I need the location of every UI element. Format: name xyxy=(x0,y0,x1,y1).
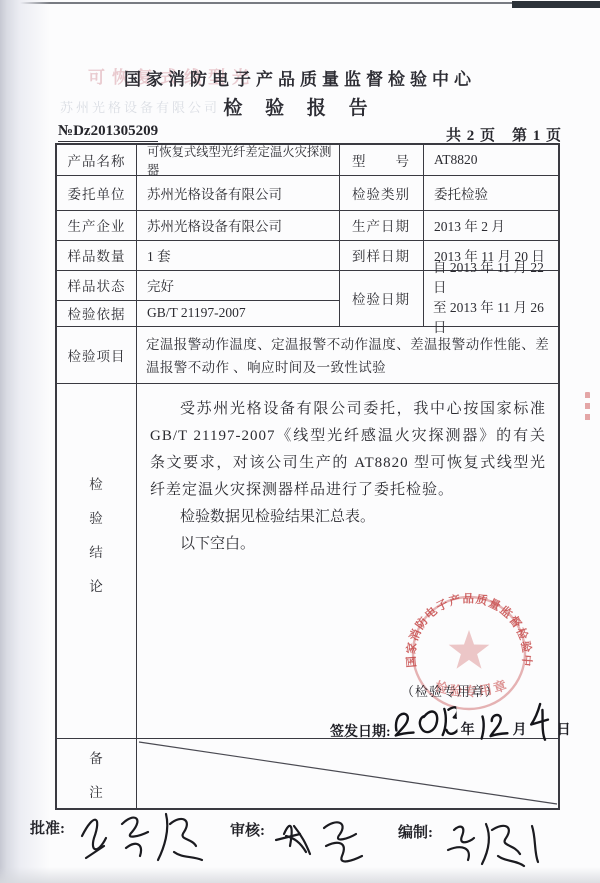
prepared-by-label: 编制: xyxy=(398,821,433,842)
label-conclusion: 检 验 结 论 xyxy=(57,357,136,711)
value-test-items: 定温报警动作温度、定温报警不动作温度、差温报警动作性能、差温报警不动作 、响应时… xyxy=(136,327,560,383)
approved-by-label: 批准: xyxy=(30,817,65,838)
scanned-inspection-report: 可恢复式线型光 苏州光格设备有限公司 国家消防电子产品质量监督检验中心 检 验 … xyxy=(0,0,600,883)
scan-edge-top xyxy=(0,2,600,4)
label-inspection-date: 检验日期 xyxy=(339,270,423,326)
issue-date-month-unit: 月 xyxy=(513,719,527,739)
label-sample-arrival-date: 到样日期 xyxy=(339,240,423,270)
conclusion-label-char: 检 xyxy=(89,473,104,493)
remark-label-char: 备 xyxy=(89,747,104,767)
red-edge-mark xyxy=(585,392,590,422)
value-manufacturer: 苏州光格设备有限公司 xyxy=(136,210,339,240)
label-production-date: 生产日期 xyxy=(339,210,423,240)
value-product-name: 可恢复式线型光纤差定温火灾探测器 xyxy=(136,145,339,175)
label-client: 委托单位 xyxy=(57,175,136,210)
remark-diagonal-line xyxy=(136,739,560,808)
handwritten-day xyxy=(528,700,554,741)
remark-cell xyxy=(136,739,560,808)
handwritten-month xyxy=(476,710,510,742)
approver-signature xyxy=(70,806,220,870)
report-title: 检 验 报 告 xyxy=(0,93,600,120)
reviewed-by-label: 审核: xyxy=(230,819,265,840)
label-manufacturer: 生产企业 xyxy=(57,210,136,240)
stamp-caption: （检验专用章） xyxy=(401,681,499,700)
value-client: 苏州光格设备有限公司 xyxy=(136,175,339,210)
value-inspection-type: 委托检验 xyxy=(423,175,560,210)
stamp-star-icon xyxy=(449,630,490,669)
issue-date-line: 签发日期: 年 月 日 xyxy=(330,701,573,741)
label-remark: 备 注 xyxy=(57,739,136,808)
issue-date-day-unit: 日 xyxy=(557,719,571,739)
report-number: №Dz201305209 xyxy=(58,123,158,142)
conclusion-label-char: 验 xyxy=(89,507,104,527)
value-sample-condition: 完好 xyxy=(136,270,339,300)
conclusion-paragraph-1: 受苏州光格设备有限公司委托，我中心按国家标准 GB/T 21197-2007《线… xyxy=(150,396,546,504)
preparer-signature xyxy=(440,814,558,868)
organization-name: 国家消防电子产品质量监督检验中心 xyxy=(0,65,600,90)
value-production-date: 2013 年 2 月 xyxy=(423,210,560,240)
issue-date-year-unit: 年 xyxy=(461,719,475,739)
conclusion-paragraph-2: 检验数据见检验结果汇总表。 xyxy=(150,504,546,531)
remark-label-char: 注 xyxy=(89,781,104,801)
inspection-date-from: 自 2013 年 11 月 22 日 xyxy=(433,258,560,298)
reviewer-signature xyxy=(272,812,380,868)
label-inspection-type: 检验类别 xyxy=(339,175,423,210)
label-model: 型 号 xyxy=(339,145,423,175)
page-count-label: 共 2 页 第 1 页 xyxy=(446,124,562,145)
scan-edge-top-right xyxy=(512,1,600,8)
label-sample-condition: 样品状态 xyxy=(57,270,136,300)
value-inspection-date: 自 2013 年 11 月 22 日 至 2013 年 11 月 26 日 xyxy=(423,270,560,326)
conclusion-label-char: 结 xyxy=(89,541,104,561)
value-inspection-basis: GB/T 21197-2007 xyxy=(136,300,339,326)
handwritten-year xyxy=(390,701,458,742)
scan-edge-left xyxy=(0,0,50,883)
conclusion-label-char: 论 xyxy=(89,575,104,595)
value-model: AT8820 xyxy=(423,145,560,175)
label-product-name: 产品名称 xyxy=(57,145,136,175)
label-sample-quantity: 样品数量 xyxy=(57,240,136,270)
value-sample-quantity: 1 套 xyxy=(136,240,339,270)
issue-date-label: 签发日期: xyxy=(330,721,391,741)
conclusion-paragraph-3: 以下空白。 xyxy=(150,531,546,558)
label-inspection-basis: 检验依据 xyxy=(57,300,136,326)
